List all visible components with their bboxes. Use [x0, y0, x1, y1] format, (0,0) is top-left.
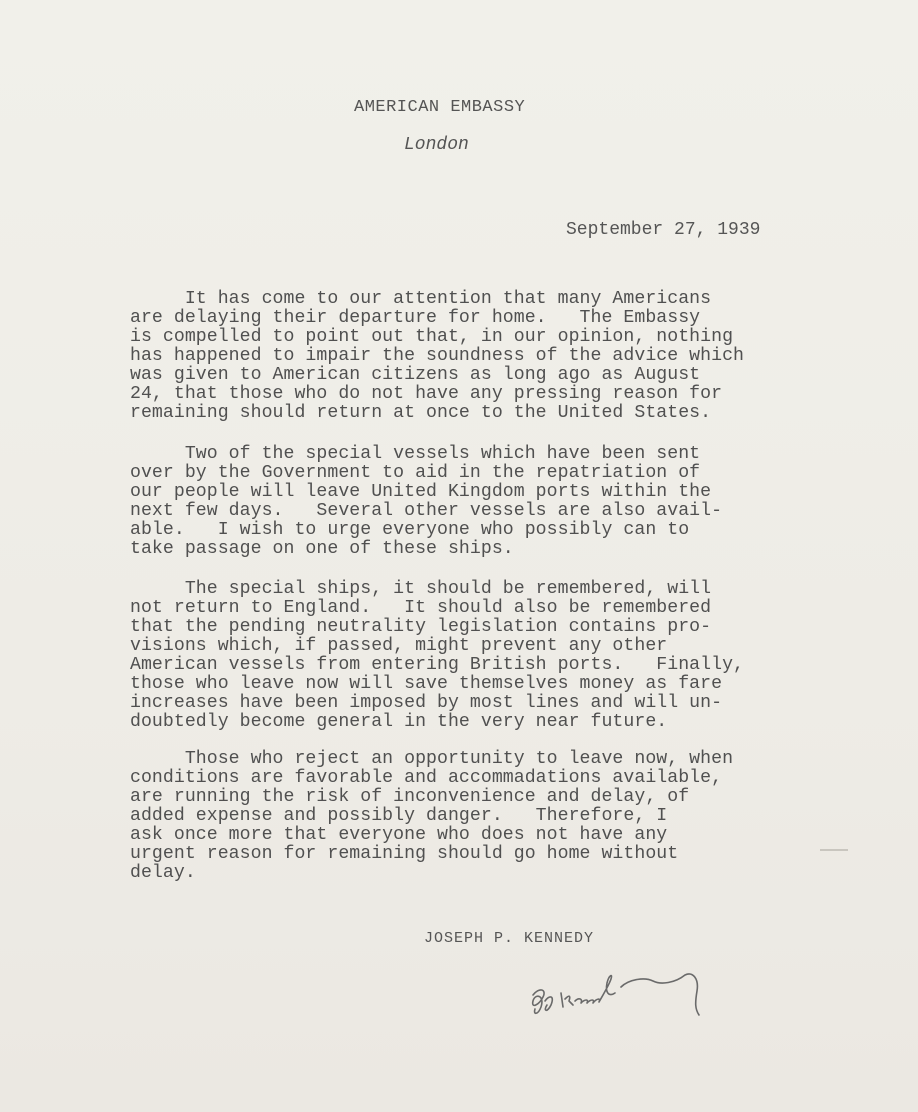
- text-line: next few days. Several other vessels are…: [130, 502, 722, 521]
- text-line: able. I wish to urge everyone who possib…: [130, 521, 722, 540]
- text-line: American vessels from entering British p…: [130, 656, 744, 675]
- text-line: The special ships, it should be remember…: [130, 580, 744, 599]
- letter-page: AMERICAN EMBASSY London September 27, 19…: [0, 0, 918, 1112]
- text-line: urgent reason for remaining should go ho…: [130, 845, 733, 864]
- text-line: It has come to our attention that many A…: [130, 290, 744, 309]
- edge-mark: [820, 849, 848, 851]
- text-line: Those who reject an opportunity to leave…: [130, 750, 733, 769]
- text-line: not return to England. It should also be…: [130, 599, 744, 618]
- text-line: are delaying their departure for home. T…: [130, 309, 744, 328]
- text-line: increases have been imposed by most line…: [130, 694, 744, 713]
- text-line: added expense and possibly danger. There…: [130, 807, 733, 826]
- text-line: is compelled to point out that, in our o…: [130, 328, 744, 347]
- handwritten-signature: [525, 965, 715, 1030]
- text-line: remaining should return at once to the U…: [130, 404, 744, 423]
- text-line: those who leave now will save themselves…: [130, 675, 744, 694]
- text-line: delay.: [130, 864, 733, 883]
- paragraph-4: Those who reject an opportunity to leave…: [130, 750, 733, 883]
- text-line: our people will leave United Kingdom por…: [130, 483, 722, 502]
- paragraph-1: It has come to our attention that many A…: [130, 290, 744, 423]
- text-line: has happened to impair the soundness of …: [130, 347, 744, 366]
- text-line: conditions are favorable and accommadati…: [130, 769, 733, 788]
- text-line: 24, that those who do not have any press…: [130, 385, 744, 404]
- text-line: over by the Government to aid in the rep…: [130, 464, 722, 483]
- paragraph-3: The special ships, it should be remember…: [130, 580, 744, 732]
- signature-scrawl-icon: [525, 965, 715, 1025]
- text-line: doubtedly become general in the very nea…: [130, 713, 744, 732]
- text-line: visions which, if passed, might prevent …: [130, 637, 744, 656]
- text-line: that the pending neutrality legislation …: [130, 618, 744, 637]
- text-line: take passage on one of these ships.: [130, 540, 722, 559]
- text-line: was given to American citizens as long a…: [130, 366, 744, 385]
- letterhead-city: London: [404, 135, 469, 155]
- letter-date: September 27, 1939: [566, 220, 760, 240]
- typed-signature-name: JOSEPH P. KENNEDY: [424, 930, 594, 947]
- text-line: are running the risk of inconvenience an…: [130, 788, 733, 807]
- text-line: ask once more that everyone who does not…: [130, 826, 733, 845]
- text-line: Two of the special vessels which have be…: [130, 445, 722, 464]
- letterhead-organization: AMERICAN EMBASSY: [354, 98, 525, 117]
- paragraph-2: Two of the special vessels which have be…: [130, 445, 722, 559]
